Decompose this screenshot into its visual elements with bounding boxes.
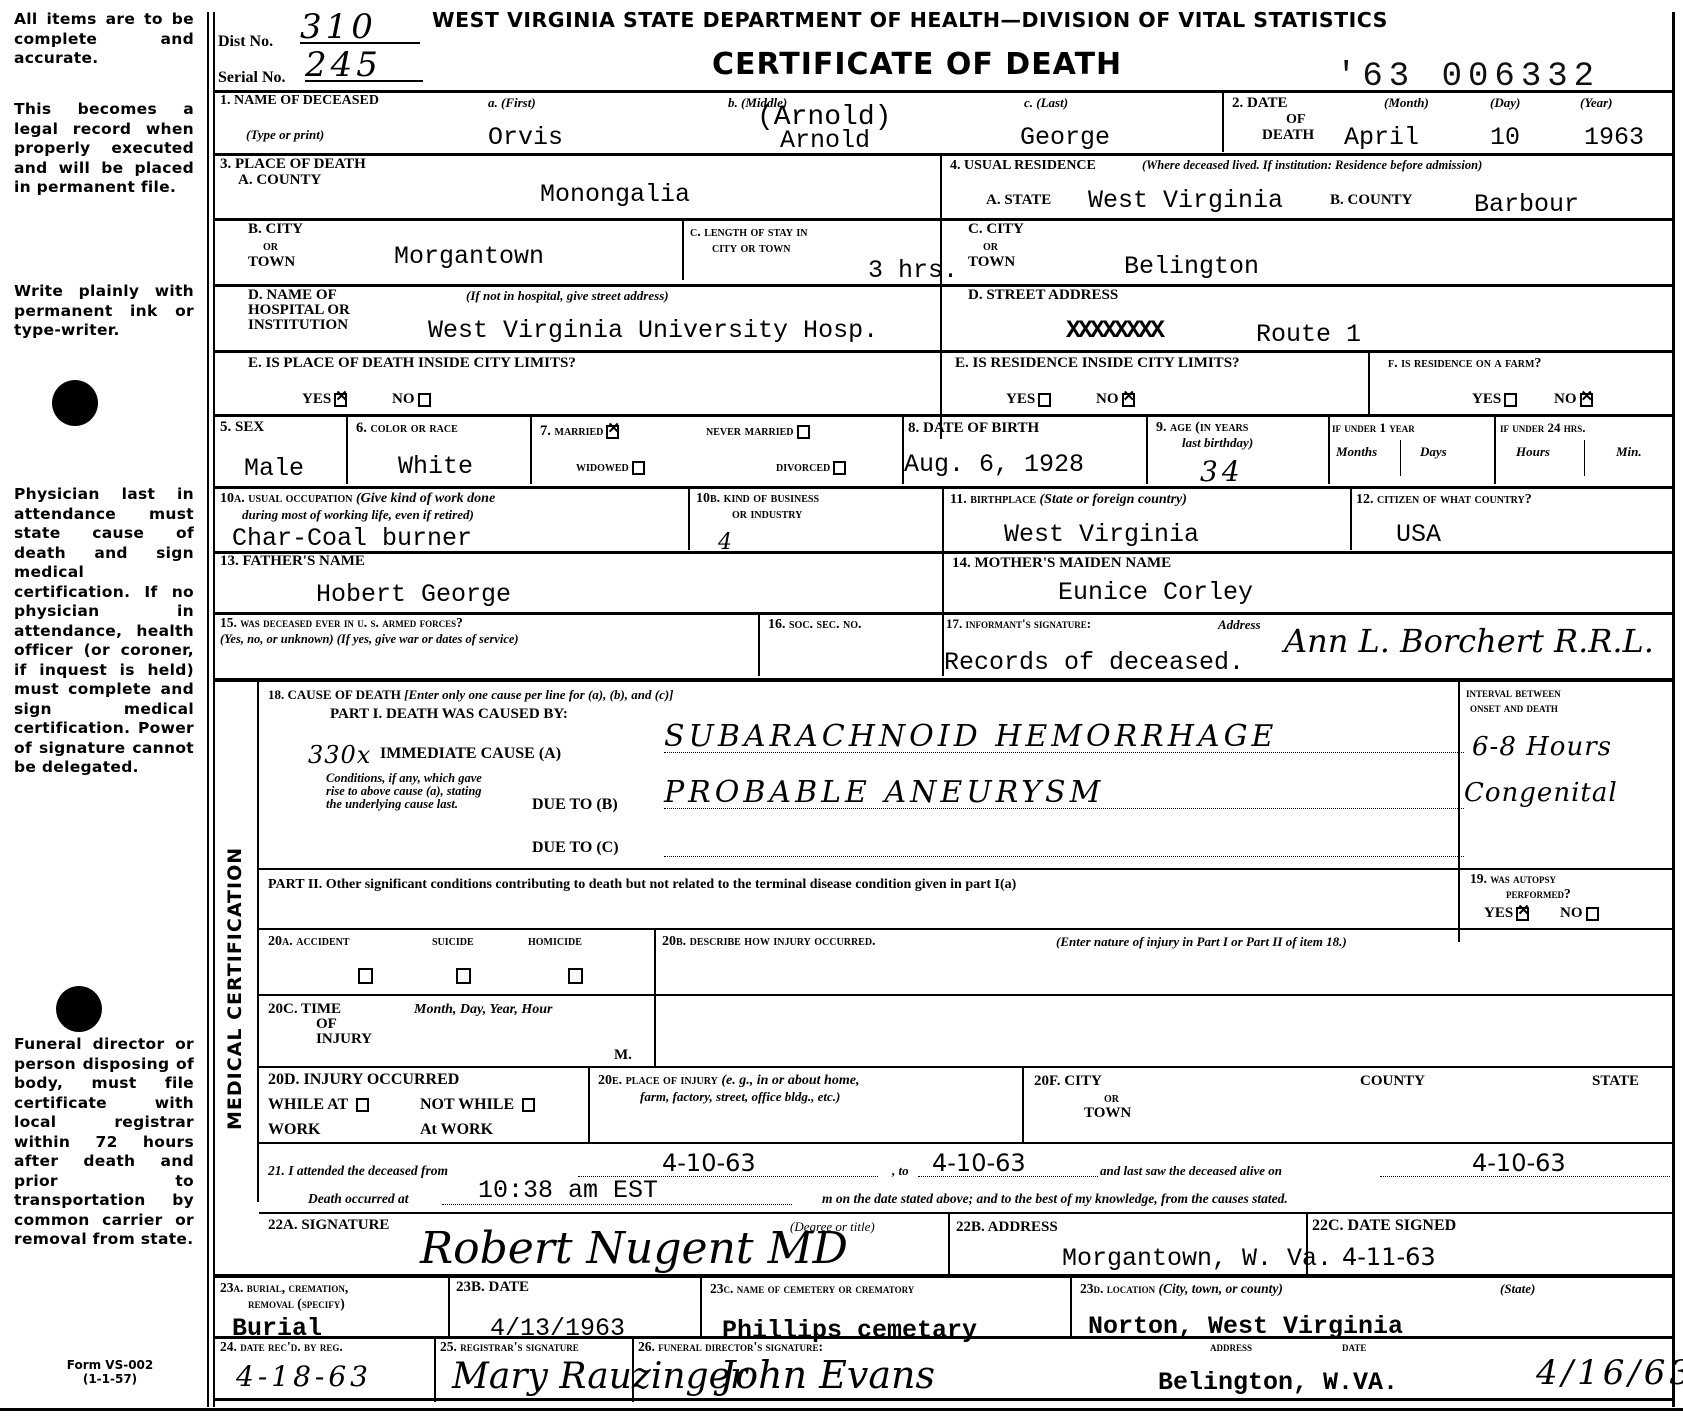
checkbox-checked[interactable] xyxy=(1516,907,1529,921)
checkbox[interactable] xyxy=(1586,907,1599,921)
month-label: (Month) xyxy=(1384,96,1429,110)
interval-label: Interval Between xyxy=(1466,686,1561,700)
instruction-legal-record: This becomes a legal record when properl… xyxy=(14,100,194,198)
married-option[interactable]: 7. Married xyxy=(540,424,619,439)
day-label: (Day) xyxy=(1490,96,1520,110)
homicide-checkbox[interactable] xyxy=(568,968,583,984)
location-label: 23d. Location (City, town, or county) xyxy=(1080,1282,1283,1296)
work-label: WORK xyxy=(268,1122,320,1137)
days-label: Days xyxy=(1420,445,1447,459)
agency-heading: WEST VIRGINIA STATE DEPARTMENT OF HEALTH… xyxy=(432,8,1388,32)
occupation-note: during most of working life, even if ret… xyxy=(242,508,474,522)
suicide-checkbox[interactable] xyxy=(456,968,471,984)
at-work-label: At WORK xyxy=(420,1122,493,1137)
death-inside-limits-label: e. IS PLACE OF DEATH INSIDE CITY LIMITS? xyxy=(248,356,576,371)
name-sublabel: (Type or print) xyxy=(246,128,324,142)
form-number: Form VS-002 (1-1-57) xyxy=(55,1358,165,1386)
instruction-funeral-director: Funeral director or person disposing of … xyxy=(14,1035,194,1250)
part1-label: PART I. DEATH WAS CAUSED BY: xyxy=(330,707,568,722)
disposition-label: 23a. Burial, Cremation, xyxy=(220,1281,348,1295)
accident-checkbox[interactable] xyxy=(358,968,373,984)
funeral-director-signature: John Evans xyxy=(720,1356,935,1394)
divider xyxy=(215,153,1673,156)
time-of-injury-label: 20c. TIME xyxy=(268,1002,341,1017)
sex-label: 5. SEX xyxy=(220,420,264,435)
divider xyxy=(942,488,944,612)
town-label: TOWN xyxy=(968,255,1015,270)
frame-right xyxy=(1672,12,1675,1407)
attended-label: 21. I attended the deceased from xyxy=(268,1164,448,1178)
armed-forces-label: 15. Was Deceased Ever In U. S. Armed For… xyxy=(220,616,463,630)
serial-number: 245 xyxy=(305,50,423,82)
divider xyxy=(530,416,532,484)
death-inside-limits-no[interactable]: NO xyxy=(392,392,431,407)
interval-label-2: Onset and Death xyxy=(1470,701,1558,715)
race-label: 6. Color or Race xyxy=(356,421,458,435)
interval-a-value: 6-8 Hours xyxy=(1472,732,1612,762)
residence-county-label: b. COUNTY xyxy=(1330,193,1413,208)
place-of-injury-label: 20e. Place of Injury (e. g., in or about… xyxy=(598,1074,859,1088)
checkbox-checked[interactable] xyxy=(334,393,347,407)
death-inside-limits-yes[interactable]: YES xyxy=(302,392,347,407)
divider xyxy=(448,1276,450,1336)
death-occurred-statement: m on the date stated above; and to the b… xyxy=(822,1192,1288,1206)
street-address-value: Route 1 xyxy=(1256,322,1361,348)
residence-state-value: West Virginia xyxy=(1088,188,1283,214)
informant-signature: Ann L. Borchert R.R.L. xyxy=(1284,622,1654,660)
hole-punch-icon xyxy=(52,380,98,426)
injury-state-label: STATE xyxy=(1592,1074,1639,1089)
birthplace-label: 11. Birthplace (State or foreign country… xyxy=(950,493,1187,507)
divider xyxy=(215,90,1673,93)
divider xyxy=(215,1398,1673,1401)
physician-signature-label: 22a. SIGNATURE xyxy=(268,1218,389,1233)
funeral-address-label: Address xyxy=(1210,1340,1252,1354)
armed-forces-note: (Yes, no, or unknown) (If yes, give war … xyxy=(220,632,519,646)
accident-label: 20a. Accident xyxy=(268,935,350,949)
divider xyxy=(434,1338,436,1402)
occupation-label: 10a. Usual Occupation (Give kind of work… xyxy=(220,492,495,506)
conditions-note: Conditions, if any, which gave rise to a… xyxy=(326,772,496,811)
residence-inside-limits-yes[interactable]: YES xyxy=(1006,392,1051,407)
citizen-value: USA xyxy=(1396,522,1441,548)
hospital-label: d. NAME OF xyxy=(248,288,337,303)
date-of-death-label-of: OF xyxy=(1286,112,1305,127)
informant-address-label: Address xyxy=(1218,618,1261,632)
checkbox[interactable] xyxy=(522,1098,535,1112)
father-name-value: Hobert George xyxy=(316,582,511,608)
divider xyxy=(259,1142,1673,1144)
divider xyxy=(654,930,656,1066)
describe-injury-label: 20b. Describe How Injury Occurred. xyxy=(662,935,876,949)
street-address-label: d. STREET ADDRESS xyxy=(968,288,1118,303)
date-of-death-label: 2. DATE xyxy=(1232,96,1288,111)
divider xyxy=(257,682,259,1202)
received-date-value: 4-18-63 xyxy=(236,1362,372,1392)
interval-b-value: Congenital xyxy=(1464,778,1618,808)
date-signed-value: 4-11-63 xyxy=(1342,1244,1436,1270)
age-label-2: last birthday) xyxy=(1182,436,1253,450)
divider xyxy=(688,488,690,550)
instruction-physician: Physician last in attendance must state … xyxy=(14,485,194,778)
divider xyxy=(1328,416,1330,484)
divider xyxy=(1022,1068,1024,1142)
divider xyxy=(1584,440,1585,476)
place-of-injury-note: farm, factory, street, office bldg., etc… xyxy=(640,1090,840,1104)
death-county-label: a. COUNTY xyxy=(238,173,321,188)
death-year-value: 1963 xyxy=(1584,125,1644,151)
time-of-injury-note: Month, Day, Year, Hour xyxy=(414,1003,552,1017)
birthplace-value: West Virginia xyxy=(1004,522,1199,548)
checkbox[interactable] xyxy=(1504,393,1517,407)
attended-to-label: , to xyxy=(892,1164,909,1178)
checkbox-checked[interactable] xyxy=(606,425,619,439)
under-year-label: If Under 1 Year xyxy=(1332,421,1415,435)
physician-address-label: 22b. ADDRESS xyxy=(956,1220,1058,1235)
checkbox[interactable] xyxy=(797,425,810,439)
last-name-value: George xyxy=(1020,125,1110,151)
business-label-2: or Industry xyxy=(732,508,802,522)
residence-county-value: Barbour xyxy=(1474,192,1579,218)
homicide-label: Homicide xyxy=(528,935,582,949)
divider xyxy=(1306,1214,1308,1274)
first-name-label: a. (First) xyxy=(488,96,536,110)
town-label: TOWN xyxy=(248,255,295,270)
dist-label: Dist No. xyxy=(218,34,273,49)
informant-label: 17. Informant's Signature: xyxy=(946,617,1091,631)
citizen-label: 12. Citizen of What Country? xyxy=(1356,493,1532,507)
hole-punch-icon xyxy=(56,986,102,1032)
checkbox[interactable] xyxy=(418,393,431,407)
business-label: 10b. Kind of Business xyxy=(696,492,819,506)
divider xyxy=(1350,488,1352,550)
cemetery-label: 23c. Name of Cemetery or Crematory xyxy=(710,1282,914,1296)
or-label: OR xyxy=(983,240,998,255)
attended-from-value: 4-10-63 xyxy=(578,1150,878,1177)
death-time-value: 10:38 am EST xyxy=(442,1178,792,1205)
divider xyxy=(1494,416,1496,484)
town-label: TOWN xyxy=(1084,1106,1131,1121)
divider xyxy=(588,1068,590,1142)
residence-inside-limits-label: e. IS RESIDENCE INSIDE CITY LIMITS? xyxy=(955,356,1240,371)
divider xyxy=(1070,1276,1072,1336)
describe-injury-note: (Enter nature of injury in Part I or Par… xyxy=(1056,935,1347,949)
registrar-label: 25. Registrar's Signature xyxy=(440,1340,579,1354)
birth-date-label: 8. DATE OF BIRTH xyxy=(908,421,1039,436)
residence-inside-limits-no[interactable]: NO xyxy=(1096,392,1135,407)
burial-date-label: 23b. DATE xyxy=(456,1280,529,1295)
hospital-note: (If not in hospital, give street address… xyxy=(466,289,669,303)
frame-left-inner xyxy=(213,12,215,1407)
name-label: 1. NAME OF DECEASED xyxy=(220,94,379,107)
mother-name-label: 14. MOTHER'S MAIDEN NAME xyxy=(952,556,1171,571)
divider xyxy=(346,416,348,484)
checkbox[interactable] xyxy=(356,1098,369,1112)
degree-label: (Degree or title) xyxy=(790,1220,875,1234)
divider xyxy=(215,414,1673,417)
or-label: OR xyxy=(263,240,278,255)
funeral-director-label: 26. Funeral Director's Signature: xyxy=(638,1340,823,1354)
divider xyxy=(215,486,1673,489)
divider xyxy=(758,614,760,676)
received-label: 24. Date Rec'd. By Reg. xyxy=(220,1340,343,1354)
checkbox[interactable] xyxy=(632,461,645,475)
checkbox-checked[interactable] xyxy=(1580,393,1593,407)
year-label: (Year) xyxy=(1580,96,1613,110)
sex-value: Male xyxy=(244,456,304,482)
page-title: CERTIFICATE OF DEATH xyxy=(712,47,1122,82)
date-signed-label: 22c. DATE SIGNED xyxy=(1312,1218,1456,1233)
divider xyxy=(259,994,1673,996)
death-month-value: April xyxy=(1344,125,1419,151)
residence-state-label: a. STATE xyxy=(986,193,1051,208)
funeral-date-value: 4/16/63 xyxy=(1536,1358,1683,1388)
residence-farm-label: f. Is Residence On a Farm? xyxy=(1388,357,1541,371)
months-label: Months xyxy=(1336,445,1377,459)
death-city-label: b. CITY xyxy=(248,222,303,237)
divider xyxy=(940,156,942,439)
instruction-write-plainly: Write plainly with permanent ink or type… xyxy=(14,282,194,341)
date-of-death-label-death: DEATH xyxy=(1262,128,1314,143)
injury-county-label: COUNTY xyxy=(1360,1074,1425,1089)
dist-number: 310 xyxy=(300,12,420,44)
registrar-signature: Mary Rauzinger xyxy=(452,1358,747,1396)
not-while-at-work-option[interactable]: NOT WHILE xyxy=(420,1097,535,1112)
physician-signature: Robert Nugent MD xyxy=(420,1230,848,1268)
due-to-b-value: PROBABLE ANEURYSM xyxy=(664,778,1464,809)
divider xyxy=(215,1274,1673,1278)
divider xyxy=(215,218,1673,221)
autopsy-label: 19. Was Autopsy xyxy=(1470,872,1556,886)
under-24-label: If Under 24 Hrs. xyxy=(1500,421,1586,435)
due-to-c-label: DUE TO (c) xyxy=(532,840,619,855)
occupation-value: Char-Coal burner xyxy=(232,526,472,552)
widowed-option[interactable]: Widowed xyxy=(576,460,645,475)
frame-left-outer xyxy=(207,12,209,1407)
time-of-injury-m: M. xyxy=(614,1048,632,1063)
hospital-label-3: INSTITUTION xyxy=(248,318,348,333)
residence-city-value: Belington xyxy=(1124,254,1259,280)
length-of-stay-value: 3 hrs. xyxy=(868,258,958,284)
time-of-injury-label-3: INJURY xyxy=(316,1032,372,1047)
divider xyxy=(1368,352,1370,414)
divider xyxy=(700,1276,702,1336)
length-of-stay-label-2: City or Town xyxy=(712,242,791,256)
usual-residence-note: (Where deceased lived. If institution: R… xyxy=(1142,158,1482,172)
death-day-value: 10 xyxy=(1490,125,1520,151)
divider xyxy=(1458,682,1460,942)
father-name-label: 13. FATHER'S NAME xyxy=(220,554,365,569)
residence-farm-yes[interactable]: YES xyxy=(1472,392,1517,407)
disposition-label-2: Removal (Specify) xyxy=(248,1297,345,1311)
residence-city-label: c. CITY xyxy=(968,222,1024,237)
divider xyxy=(1146,416,1148,484)
certificate-stamp-number: '63 006332 xyxy=(1336,64,1600,90)
death-city-value: Morgantown xyxy=(394,244,544,270)
attended-to-value: 4-10-63 xyxy=(918,1150,1098,1177)
divider xyxy=(215,350,1673,353)
time-of-injury-label-2: OF xyxy=(316,1017,337,1032)
place-of-death-label: 3. PLACE OF DEATH xyxy=(220,157,366,172)
street-struck-text: XXXXXXXX xyxy=(1066,318,1162,344)
divorced-option[interactable]: Divorced xyxy=(776,460,846,475)
divider xyxy=(259,1066,1673,1068)
last-seen-label: and last saw the deceased alive on xyxy=(1100,1164,1282,1178)
suicide-label: Suicide xyxy=(432,935,474,949)
first-name-value: Orvis xyxy=(488,125,563,151)
injury-city-label: 20f. CITY xyxy=(1034,1074,1102,1089)
middle-name-value: Arnold xyxy=(780,128,870,154)
length-of-stay-label: c. Length of Stay in xyxy=(690,226,808,240)
residence-farm-no[interactable]: NO xyxy=(1554,392,1593,407)
immediate-cause-value: SUBARACHNOID HEMORRHAGE xyxy=(664,722,1464,753)
injury-occurred-label: 20d. INJURY OCCURRED xyxy=(268,1072,459,1087)
checkbox-checked[interactable] xyxy=(1122,393,1135,407)
birth-date-value: Aug. 6, 1928 xyxy=(904,452,1084,478)
divider xyxy=(1222,92,1224,152)
frame-bottom xyxy=(0,1408,1683,1411)
physician-address-value: Morgantown, W. Va. xyxy=(1062,1246,1332,1272)
autopsy-label-2: Performed? xyxy=(1506,887,1571,901)
hospital-value: West Virginia University Hosp. xyxy=(428,318,878,344)
divider xyxy=(215,284,1673,287)
autopsy-yes[interactable]: YES xyxy=(1484,906,1529,921)
death-occurred-label: Death occurred at xyxy=(308,1192,409,1206)
hospital-label-2: HOSPITAL OR xyxy=(248,303,350,318)
serial-label: Serial No. xyxy=(218,70,286,85)
divider xyxy=(259,928,1673,930)
race-value: White xyxy=(398,454,473,480)
age-label: 9. Age (In years xyxy=(1156,421,1248,435)
medical-certification-label: MEDICAL CERTIFICATION xyxy=(224,847,246,1130)
divider xyxy=(259,868,1673,870)
due-to-b-label: DUE TO (b) xyxy=(532,797,618,812)
divider xyxy=(682,220,684,280)
instruction-complete: All items are to be complete and accurat… xyxy=(14,10,194,69)
usual-residence-label: 4. USUAL RESIDENCE xyxy=(950,158,1096,173)
part2-label: PART II. Other significant conditions co… xyxy=(268,878,1016,892)
hours-label: Hours xyxy=(1516,445,1550,459)
divider xyxy=(259,1212,1673,1214)
min-label: Min. xyxy=(1616,445,1642,459)
checkbox[interactable] xyxy=(1038,393,1051,407)
due-to-c-value xyxy=(664,856,1464,857)
funeral-date-label: Date xyxy=(1342,1340,1366,1354)
checkbox[interactable] xyxy=(833,461,846,475)
never-married-option[interactable]: Never Married xyxy=(706,424,810,439)
last-name-label: c. (Last) xyxy=(1024,96,1068,110)
immediate-cause-label: IMMEDIATE CAUSE (a) xyxy=(380,746,561,761)
autopsy-no[interactable]: NO xyxy=(1560,906,1599,921)
mother-name-value: Eunice Corley xyxy=(1058,580,1253,606)
informant-value: Records of deceased. xyxy=(944,650,1244,676)
divider xyxy=(948,1214,950,1274)
cause-code: 330x xyxy=(308,740,371,770)
funeral-address-value: Belington, W.VA. xyxy=(1158,1370,1398,1396)
location-state-note: (State) xyxy=(1500,1282,1535,1296)
age-value: 34 xyxy=(1200,457,1244,487)
ssn-label: 16. Soc. Sec. No. xyxy=(768,618,862,632)
last-seen-value: 4-10-63 xyxy=(1380,1150,1670,1177)
death-county-value: Monongalia xyxy=(540,182,690,208)
divider xyxy=(1400,440,1401,476)
cause-of-death-label: 18. CAUSE OF DEATH [Enter only one cause… xyxy=(268,687,674,702)
divider xyxy=(215,551,1673,554)
divider xyxy=(215,678,1673,682)
while-at-work-option[interactable]: WHILE AT xyxy=(268,1097,369,1112)
